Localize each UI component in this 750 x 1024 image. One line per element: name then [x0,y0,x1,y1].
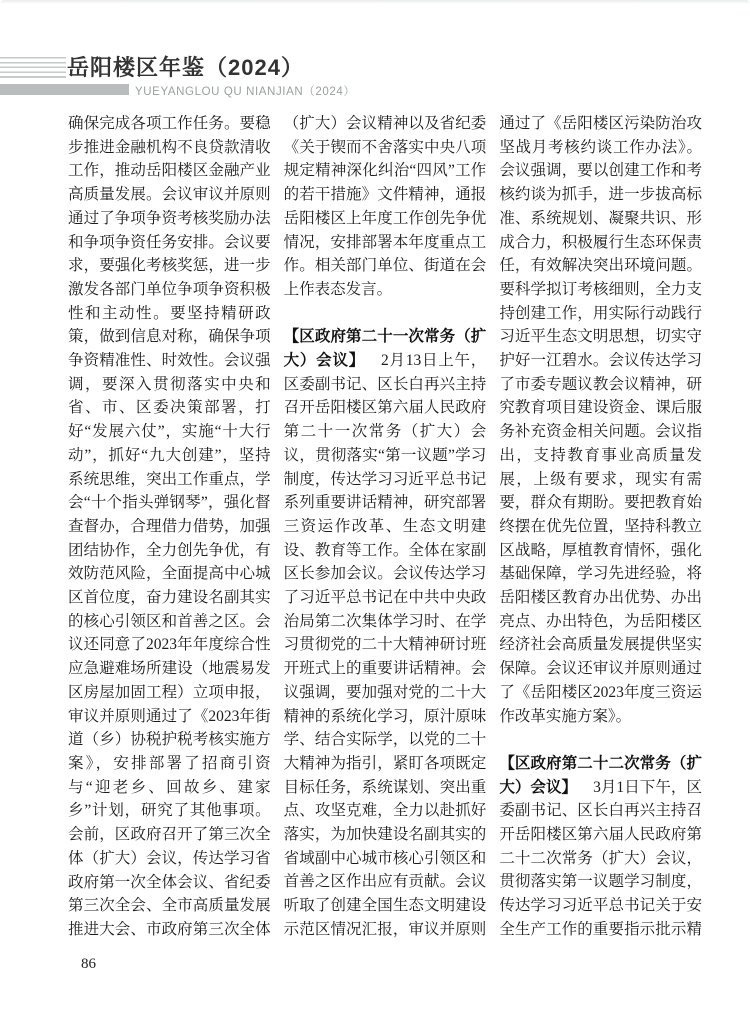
page-title: 岳阳楼区年鉴（2024） [67,51,304,82]
page-subtitle: YUEYANGLOU QU NIANJIAN（2024） [135,83,355,99]
page-number: 86 [81,956,96,973]
header-bar-decoration [0,84,129,95]
article-columns: 确保完成各项工作任务。要稳步推进金融机构不良贷款清收工作，推动岳阳楼区金融产业高… [68,112,702,946]
page-top-edge [0,0,750,4]
header-stripes-decoration [0,57,66,78]
